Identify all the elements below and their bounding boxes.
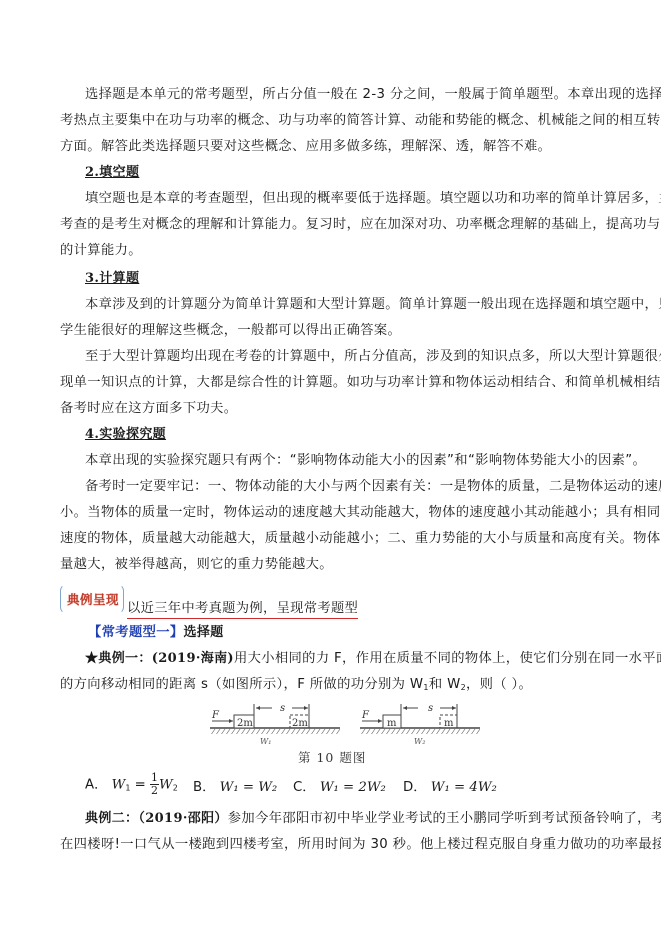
section-heading-calculation: 3.计算题: [85, 270, 139, 288]
paragraph-line: 学生能很好的理解这些概念，一般都可以得出正确答案。: [60, 322, 401, 340]
figure-caption: 第 10 题图: [298, 748, 366, 766]
fraction-denominator: 2: [150, 785, 159, 797]
svg-text:2m: 2m: [292, 718, 308, 729]
example2-prefix: 典例二：: [85, 811, 138, 826]
document-page: 选择题是本单元的常考题型，所占分值一般在 2-3 分之间，一般属于简单题型。本章…: [0, 0, 661, 935]
svg-text:F: F: [211, 710, 220, 721]
paragraph-line: 备考时一定要牢记：一、物体动能的大小与两个因素有关：一是物体的质量，二是物体运动…: [85, 478, 661, 496]
math-var: W: [112, 778, 126, 793]
example1-text: ，则（ ）。: [466, 677, 532, 692]
paragraph-line: 方面。解答此类选择题只要对这些概念、应用多做多练，理解深、透，解答不难。: [60, 138, 551, 156]
paragraph-line: 现单一知识点的计算，大都是综合性的计算题。如功与功率计算和物体运动相结合、和简单…: [60, 374, 661, 392]
paragraph-line: 速度的物体，质量越大动能越大，质量越小动能越小；二、重力势能的大小与质量和高度有…: [60, 530, 661, 548]
paragraph-line: 填空题也是本章的考查题型，但出现的概率要低于选择题。填空题以功和功率的简单计算居…: [85, 190, 661, 208]
paragraph-line: 量越大，被举得越高，则它的重力势能越大。: [60, 556, 333, 574]
example1-prefix: ★典例一：: [85, 651, 152, 666]
paragraph-line: 本章涉及到的计算题分为简单计算题和大型计算题。简单计算题一般出现在选择题和填空题…: [85, 296, 661, 314]
paragraph-line: 的计算能力。: [60, 242, 142, 260]
example1-line1: ★典例一：(2019·海南)用大小相同的力 F，作用在质量不同的物体上，使它们分…: [85, 650, 661, 668]
paragraph-line: 至于大型计算题均出现在考卷的计算题中，所占分值高，涉及到的知识点多，所以大型计算…: [85, 348, 661, 366]
example2-text: 参加今年邵阳市初中毕业学业考试的王小鹏同学听到考试预备铃响了，考室还: [228, 811, 661, 826]
paragraph-line: 本章出现的实验探究题只有两个：“影响物体动能大小的因素”和“影响物体势能大小的因…: [85, 452, 646, 470]
choice-expression: W₁ = W₂: [220, 780, 278, 795]
svg-text:s: s: [428, 703, 433, 714]
section-heading-fill-blank: 2.填空题: [85, 164, 139, 182]
svg-text:2m: 2m: [237, 718, 253, 729]
svg-text:s: s: [280, 703, 285, 714]
example2-source: （2019·邵阳）: [138, 811, 227, 826]
paragraph-line: 选择题是本单元的常考题型，所占分值一般在 2-3 分之间，一般属于简单题型。本章…: [85, 86, 661, 104]
svg-text:W₂: W₂: [414, 737, 425, 746]
svg-text:F: F: [361, 710, 370, 721]
choice-letter: C．: [293, 780, 316, 795]
svg-text:m: m: [387, 718, 397, 729]
examples-badge: 典例呈现: [60, 584, 124, 614]
examples-caption: 以近三年中考真题为例，呈现常考题型: [127, 600, 358, 619]
choice-letter: D．: [403, 780, 427, 795]
example1-line2: 的方向移动相同的距离 s（如图所示），F 所做的功分别为 W1和 W2，则（ ）…: [60, 676, 532, 697]
choice-expression: W₁ = 4W₂: [431, 780, 497, 795]
paragraph-line: 考查的是考生对概念的理解和计算能力。复习时，应在加深对功、功率概念理解的基础上，…: [60, 216, 661, 234]
example1-text: 的方向移动相同的距离 s（如图所示），F 所做的功分别为 W: [60, 677, 423, 692]
choice-b[interactable]: B． W₁ = W₂: [193, 776, 277, 795]
paragraph-line: 备考时应在这方面多下功夫。: [60, 400, 237, 418]
question-type-heading: 【常考题型一】选择题: [88, 624, 224, 642]
force-diagram-icon: 2m F s 2m W₁ m F s: [200, 700, 480, 750]
subscript: 2: [173, 784, 178, 793]
section-heading-experiment: 4.实验探究题: [85, 426, 166, 444]
math-eq: =: [130, 778, 150, 793]
paragraph-line: 考热点主要集中在功与功率的概念、功与功率的简答计算、动能和势能的概念、机械能之间…: [60, 112, 661, 130]
paragraph-line: 小。当物体的质量一定时，物体运动的速度越大其动能越大，物体的速度越小其动能越小；…: [60, 504, 661, 522]
example1-text: 和 W: [429, 677, 461, 692]
choice-letter: B．: [193, 780, 215, 795]
example2-line2: 在四楼呀!一口气从一楼跑到四楼考室，所用时间为 30 秒。他上楼过程克服自身重力…: [60, 836, 661, 854]
example1-source: (2019·海南): [152, 651, 234, 666]
math-var: W: [159, 778, 173, 793]
question-type-tag: 【常考题型一】: [88, 625, 184, 640]
fraction: 12: [150, 772, 159, 797]
svg-text:W₁: W₁: [260, 737, 271, 746]
example2-line1: 典例二：（2019·邵阳）参加今年邵阳市初中毕业学业考试的王小鹏同学听到考试预备…: [85, 810, 661, 828]
choice-expression: W₁ = 2W₂: [320, 780, 386, 795]
choice-letter: A．: [85, 778, 107, 793]
choice-a[interactable]: A． W1 = 12W2: [85, 772, 178, 797]
examples-badge-label: 典例呈现: [67, 590, 119, 608]
example1-text: 用大小相同的力 F，作用在质量不同的物体上，使它们分别在同一水平面上沿力: [234, 651, 661, 666]
question-type-label: 选择题: [184, 625, 224, 640]
choice-c[interactable]: C． W₁ = 2W₂: [293, 776, 386, 795]
choice-d[interactable]: D． W₁ = 4W₂: [403, 776, 497, 795]
svg-text:m: m: [444, 718, 454, 729]
